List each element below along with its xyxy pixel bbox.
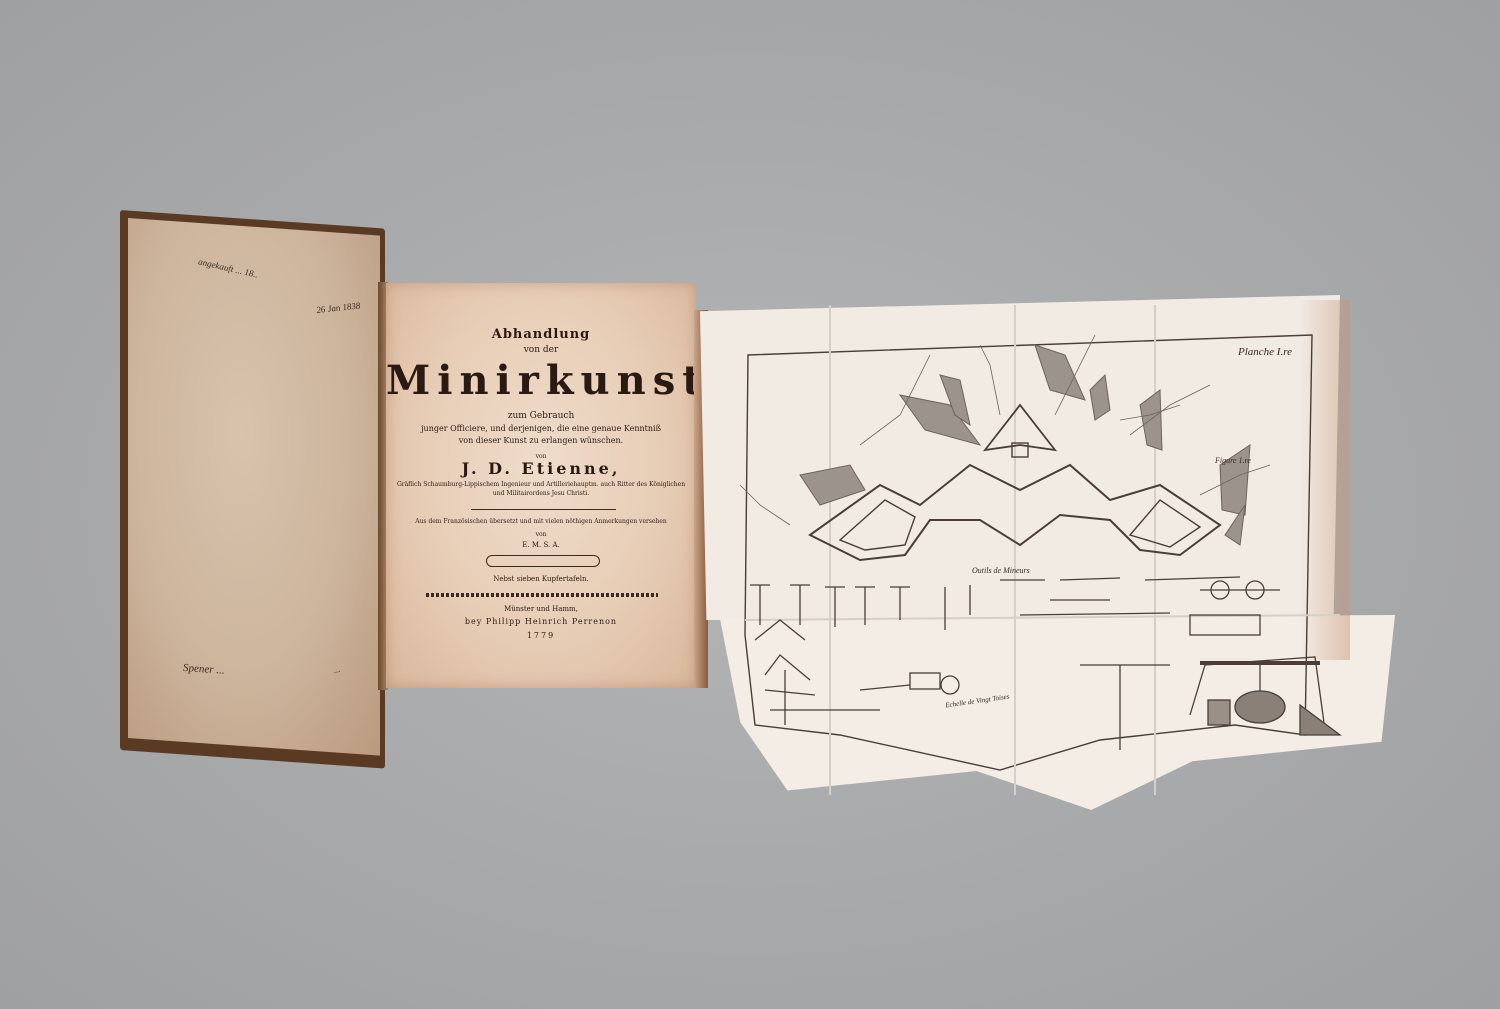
typographic-ornament [486, 555, 600, 567]
author-name: J. D. Etienne, [386, 459, 696, 478]
title-line-von-der: von der [386, 345, 696, 355]
subtitle-line-2: junger Officiere, und derjenigen, die ei… [386, 424, 696, 433]
subtitle-line-1: zum Gebrauch [386, 411, 696, 421]
title-line-abhandlung: Abhandlung [386, 327, 696, 342]
plates-note: Nebst sieben Kupfertafeln. [386, 575, 696, 583]
book-title: Minirkunst [386, 357, 696, 404]
author-description-1: Gräflich Schaumburg-Lippischem Ingenieur… [386, 481, 696, 488]
endpaper-shelfmark: ... [331, 664, 341, 676]
endpaper-inscription: angekauft ... 18.. [198, 256, 259, 279]
endpaper-date: 26 Jan 1838 [315, 300, 361, 315]
plate-number: Planche I.re [1238, 346, 1292, 358]
translation-note: Aus dem Französischen übersetzt und mit … [386, 518, 696, 525]
publication-year: 1779 [386, 631, 696, 640]
author-description-2: und Militairordens Jesu Christi. [386, 490, 696, 497]
translator-by: von [386, 531, 696, 538]
title-page: Abhandlung von der Minirkunst zum Gebrau… [386, 283, 696, 688]
tools-section-label: Outils de Mineurs [972, 566, 1030, 575]
figure-label: Figure 1.re [1215, 456, 1251, 465]
publisher: bey Philipp Heinrich Perrenon [386, 617, 696, 626]
front-endpaper: angekauft ... 18.. 26 Jan 1838 Spener ..… [128, 218, 380, 756]
title-rule [471, 509, 616, 510]
engraving-drawing [700, 295, 1400, 815]
translator-initials: E. M. S. A. [386, 541, 696, 549]
endpaper-signature: Spener ... [183, 662, 225, 677]
publication-place: Münster und Hamm, [386, 605, 696, 613]
wavy-rule [426, 593, 658, 597]
subtitle-line-3: von dieser Kunst zu erlangen wünschen. [386, 436, 696, 445]
